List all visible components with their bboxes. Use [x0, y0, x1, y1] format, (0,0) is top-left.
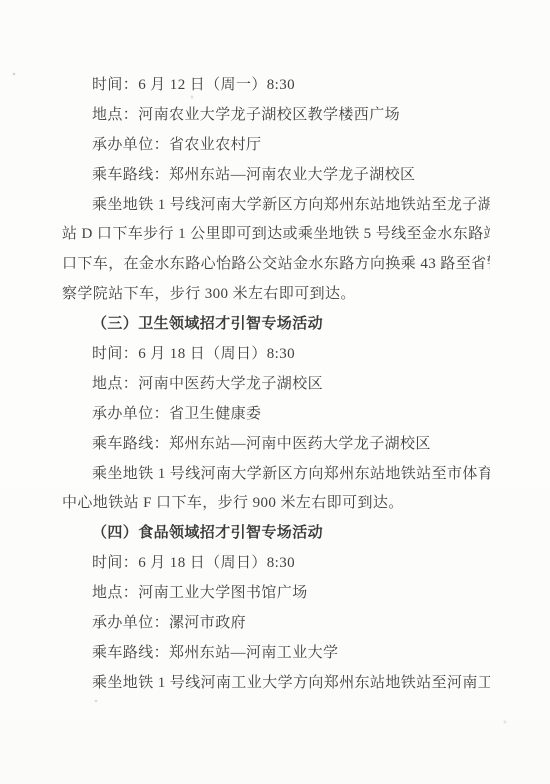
- text-line: 地点：河南工业大学图书馆广场: [62, 579, 490, 609]
- text-line: 乘车路线：郑州东站—河南工业大学: [62, 639, 490, 669]
- text-line: 乘坐地铁 1 号线河南工业大学方向郑州东站地铁站至河南工: [62, 669, 490, 699]
- text-line: 中心地铁站 F 口下车，步行 900 米左右即可到达。: [62, 489, 490, 519]
- document-text-block: 时间：6 月 12 日（周一）8:30地点：河南农业大学龙子湖校区教学楼西广场承…: [62, 71, 490, 699]
- section-heading: （四）食品领域招才引智专场活动: [62, 519, 490, 549]
- text-line: 承办单位：漯河市政府: [62, 609, 490, 639]
- scanned-document-page: 时间：6 月 12 日（周一）8:30地点：河南农业大学龙子湖校区教学楼西广场承…: [0, 0, 550, 784]
- text-line: 乘坐地铁 1 号线河南大学新区方向郑州东站地铁站至市体育: [62, 460, 490, 490]
- section-heading: （三）卫生领域招才引智专场活动: [62, 310, 490, 340]
- text-line: 地点：河南农业大学龙子湖校区教学楼西广场: [62, 101, 490, 131]
- text-line: 乘车路线：郑州东站—河南农业大学龙子湖校区: [62, 161, 490, 191]
- text-line: 时间：6 月 18 日（周日）8:30: [62, 549, 490, 579]
- text-line: 乘坐地铁 1 号线河南大学新区方向郑州东站地铁站至龙子湖: [62, 191, 490, 221]
- text-line: 口下车，在金水东路心怡路公交站金水东路方向换乘 43 路至省警: [62, 250, 490, 280]
- text-line: 站 D 口下车步行 1 公里即可到达或乘坐地铁 5 号线至金水东路站 B: [62, 220, 490, 250]
- text-line: 承办单位：省农业农村厅: [62, 131, 490, 161]
- text-line: 察学院站下车，步行 300 米左右即可到达。: [62, 280, 490, 310]
- text-line: 时间：6 月 18 日（周日）8:30: [62, 340, 490, 370]
- text-line: 时间：6 月 12 日（周一）8:30: [62, 71, 490, 101]
- text-line: 地点：河南中医药大学龙子湖校区: [62, 370, 490, 400]
- text-line: 乘车路线：郑州东站—河南中医药大学龙子湖校区: [62, 430, 490, 460]
- text-line: 承办单位：省卫生健康委: [62, 400, 490, 430]
